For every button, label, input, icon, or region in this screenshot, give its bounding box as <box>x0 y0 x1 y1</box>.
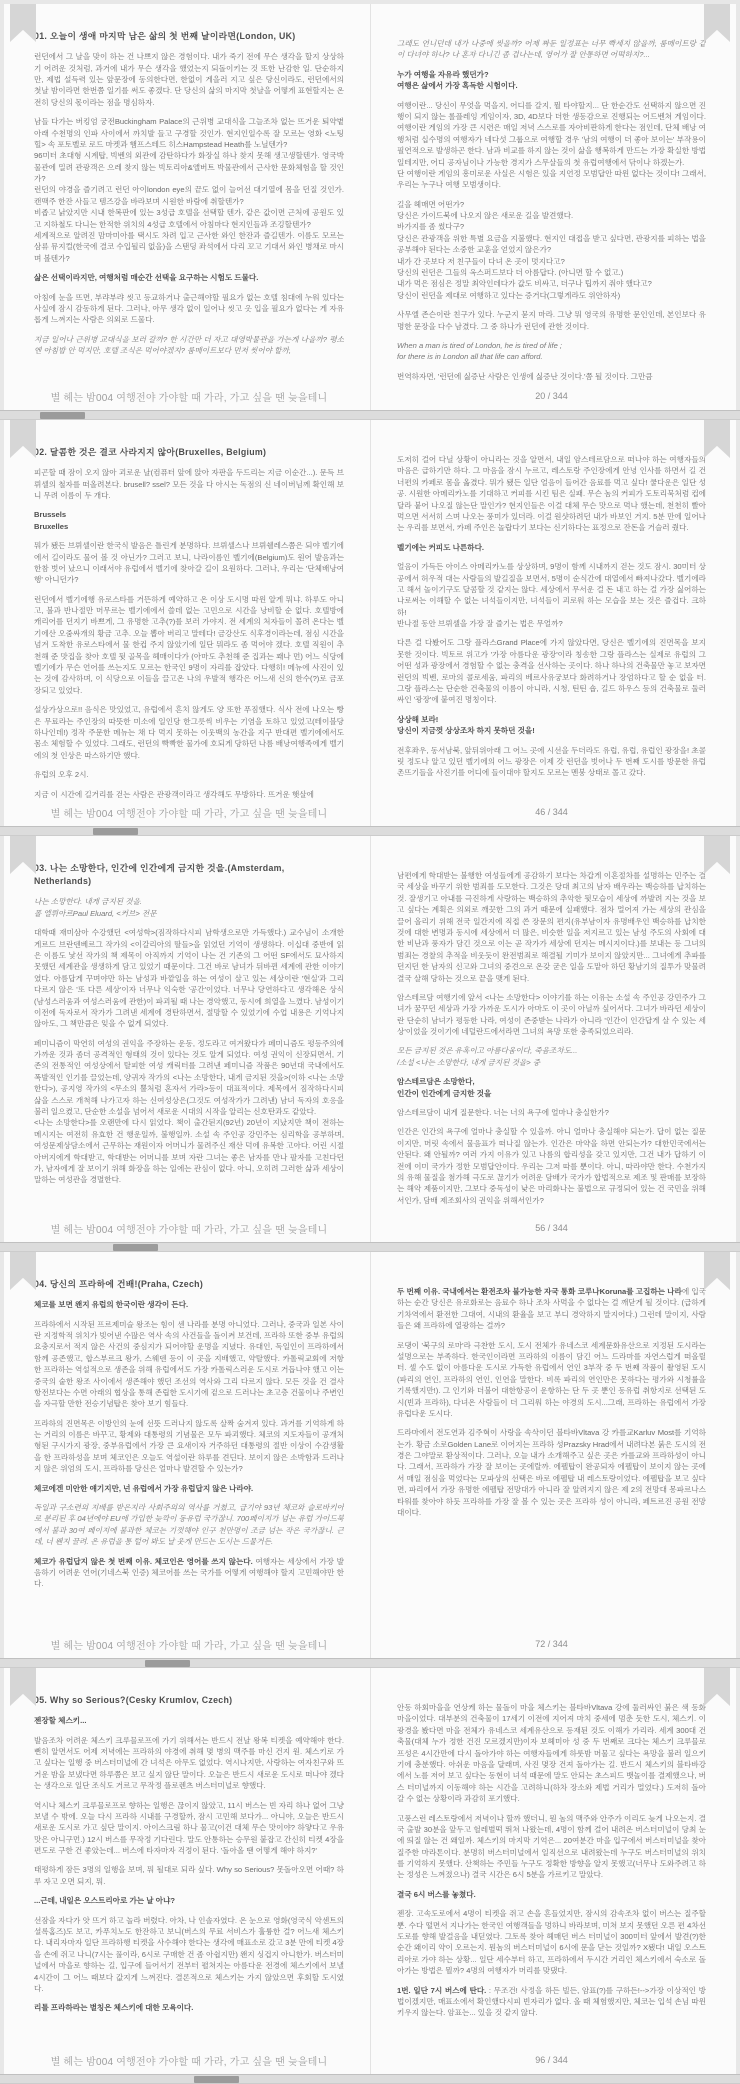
page-right: 도저히 걸어 다닐 상황이 아니라는 것을 알면서, 내일 암스테르담으로 떠나… <box>370 420 736 826</box>
paragraph: 결국 6시 버스를 놓쳤다. <box>397 1889 706 1900</box>
page-pair: 04. 당신의 프라하에 건배!(Praha, Czech)체코를 보면 왠지 … <box>4 1252 736 1658</box>
paragraph: 상상해 보라! 당신이 지금껏 상상조차 하지 못하던 것을! <box>397 714 706 737</box>
book-title-footer: 별 헤는 밤004 여행전야 가야할 때 가라, 가고 싶을 땐 늦을테니 <box>34 802 344 822</box>
paragraph: 인간은 인간의 욕구에 얼마나 충실할 수 있을까. 아니 얼마나 충실해야 되… <box>397 1126 706 1206</box>
paragraph: 역시나 체스키 크루믈로프로 향하는 일행은 끊이지 않았고, 11시 버스는 … <box>34 1800 344 1857</box>
paragraph: 남들 다가는 버킹엄 궁전Buckingham Palace의 근위병 교대식을… <box>34 116 344 150</box>
progress-scrollbar-thumb[interactable] <box>194 2076 239 2083</box>
paragraph: 페미니즘이 막연히 여성의 권익을 주장하는 운동, 정도라고 여겨왔다가 페미… <box>34 1038 344 1186</box>
paragraph: 유럽의 오후 2시. <box>34 769 344 780</box>
paragraph: 뭐가 됐든 브뤼셀이란 한국식 발음은 틀린게 분명하다. 브뤼셀스나 브뤼쉘레… <box>34 540 344 586</box>
paragraph: 런던의 야경을 즐기려고 런던 아이london eye의 끝도 없이 늘어선 … <box>34 184 344 207</box>
page-text-column: 01. 오늘이 생애 마지막 남은 삶의 첫 번째 날이라면(London, U… <box>34 30 344 386</box>
book-title-text: 별 헤는 밤004 여행전야 가야할 때 가라, 가고 싶을 땐 늦을테니 <box>51 1221 328 1236</box>
paragraph: 세계적으로 알려진 맘마미아를 택시도 차려 입고 근사한 와인 한잔과 즐길텐… <box>34 230 344 264</box>
page-text-column: 03. 나는 소망한다, 인간에 인간에게 금지한 것을.(Amsterdam,… <box>34 862 344 1218</box>
paragraph: 비좁고 낡았지만 시내 한복판에 있는 3성급 호텔을 선택할 텐가, 같은 값… <box>34 207 344 230</box>
page-right: 두 번째 이유. 국내에서는 환전조차 불가능한 자국 통화 코루나Koruna… <box>370 1252 736 1658</box>
section-heading: 02. 달콤한 것은 결코 사라지지 않아(Bruxelles, Belgium… <box>34 446 344 459</box>
progress-scrollbar-track[interactable] <box>0 410 740 420</box>
paragraph: 체코를 보면 왠지 유럽의 한국이란 생각이 든다. <box>34 1299 344 1310</box>
page-spread: 01. 오늘이 생애 마지막 남은 삶의 첫 번째 날이라면(London, U… <box>0 4 740 420</box>
page-number: 46 / 344 <box>397 802 706 822</box>
paragraph: 도저히 걸어 다닐 상황이 아니라는 것을 알면서, 내일 암스테르담으로 떠나… <box>397 454 706 534</box>
paragraph: 두 번째 이유. 국내에서는 환전조차 불가능한 자국 통화 코루나Koruna… <box>397 1286 706 1332</box>
page-spread: 03. 나는 소망한다, 인간에 인간에게 금지한 것을.(Amsterdam,… <box>0 836 740 1252</box>
paragraph: 1번. 일단 7시 버스에 탄다. : 무조건! 사정을 하든 빌든, 암표(?… <box>397 1985 706 2019</box>
paragraph: 누가 여행을 자유라 했던가? 여행은 삶에서 가장 혹독한 시험이다. <box>397 69 706 92</box>
quote-paragraph: 나는 소망한다. 내게 금지된 것을. 폴 엘뤼아르Paul Eluard, <… <box>34 896 344 919</box>
paragraph: 96미터 초대형 시계탑, 빅벤의 외관에 감탄하다가 화장실 하나 찾지 못해… <box>34 150 344 184</box>
paragraph: 암스테르담 여행기에 앞서 <나는 소망한다> 이야기를 하는 이유는 소설 속… <box>397 992 706 1038</box>
page-left: 04. 당신의 프라하에 건배!(Praha, Czech)체코를 보면 왠지 … <box>4 1252 370 1658</box>
page-number-text: 72 / 344 <box>535 1639 568 1649</box>
paragraph: 젠장할 체스키... <box>34 1715 344 1726</box>
page-pair: 01. 오늘이 생애 마지막 남은 삶의 첫 번째 날이라면(London, U… <box>4 4 736 410</box>
quote-paragraph: 독일과 구소련의 지배를 받은지라 사회주의의 역사를 거쳤고, 급기야 93년… <box>34 1502 344 1548</box>
quote-paragraph: 지금 일어나 근위병 교대식을 보러 갈까? 한 시간만 더 자고 대영박물관을… <box>34 334 344 357</box>
progress-scrollbar-thumb[interactable] <box>113 1244 158 1251</box>
paragraph: Brussels Bruxelles <box>34 509 344 532</box>
page-text-column: 그래도 언니던데 내가 나중에 씻을까? 어제 짜둔 일정표는 너무 빡세지 않… <box>397 30 706 386</box>
paragraph: 번역하자면, '런던에 싫증난 사람은 인생에 싫증난 것이다.'쯤 될 것이다… <box>397 371 706 382</box>
paragraph: 프라하의 진면목은 이방인의 눈에 선뜻 드러나지 않도록 살짝 숨겨져 있다.… <box>34 1418 344 1475</box>
page-text-column: 남편에게 학대받는 불행한 여성들에게 공감하기 보다는 차갑게 이혼절차를 설… <box>397 862 706 1218</box>
page-left: 01. 오늘이 생애 마지막 남은 삶의 첫 번째 날이라면(London, U… <box>4 4 370 410</box>
progress-scrollbar-track[interactable] <box>0 1242 740 1252</box>
page-spread: 02. 달콤한 것은 결코 사라지지 않아(Bruxelles, Belgium… <box>0 420 740 836</box>
paragraph: 사무엘 존슨이란 친구가 있다. 누군지 묻지 마라. 그냥 뭐 영국의 유명한… <box>397 309 706 332</box>
paragraph: 리틀 프라하라는 별칭은 체스키에 대한 모욕이다. <box>34 2002 344 2013</box>
progress-scrollbar-thumb[interactable] <box>145 1660 190 1667</box>
paragraph: 대학때 재미삼아 수강했던 <여성학>(짐작하다시피 남학생으로만 가득했다.)… <box>34 927 344 1030</box>
section-heading: 05. Why so Serious?(Cesky Krumlov, Czech… <box>34 1694 344 1707</box>
progress-scrollbar-track[interactable] <box>0 826 740 836</box>
paragraph: 태평하게 잠든 3명의 일행을 보며, 뭐 될대로 되라 싶다. Why so … <box>34 1864 344 1887</box>
paragraph: 피곤할 때 잠이 오지 않아 괴로운 날(컴퓨터 앞에 앉아 자판을 두드리는 … <box>34 467 344 501</box>
page-text-column: 두 번째 이유. 국내에서는 환전조차 불가능한 자국 통화 코루나Koruna… <box>397 1278 706 1634</box>
quote-paragraph: 그래도 언니던데 내가 나중에 씻을까? 어제 짜둔 일정표는 너무 빡세지 않… <box>397 38 706 61</box>
paragraph: 지금 이 시간에 길거리를 걷는 사람은 관광객이라고 생각해도 무방하다. 뜨… <box>34 789 344 800</box>
quote-paragraph: When a man is tired of London, he is tir… <box>397 340 706 363</box>
paragraph: 선잠을 자다가 앗 뜨거 하고 놀라 버렸다. 아차, 나 인솔자였다. 온 눈… <box>34 1915 344 1995</box>
paragraph: 런던에서 벨기에행 유로스타를 거뜬하게 예약하고 온 이상 도시명 따윈 알게… <box>34 594 344 697</box>
paragraph: 로댕이 '북구의 로마'라 극찬한 도시, 도시 전체가 유네스코 세계문화유산… <box>397 1340 706 1420</box>
page-number-text: 20 / 344 <box>535 391 568 401</box>
progress-scrollbar-track[interactable] <box>0 1658 740 1668</box>
page-pair: 02. 달콤한 것은 결코 사라지지 않아(Bruxelles, Belgium… <box>4 420 736 826</box>
paragraph: 드라마에서 전도연과 김주혁이 사랑을 속삭이던 블타바Vltava 강 카를교… <box>397 1427 706 1518</box>
paragraph: 런던에서 그 날을 맞이 하는 건 나쁘지 않은 경험이다. 내가 죽기 전에 … <box>34 51 344 108</box>
page-number: 56 / 344 <box>397 1218 706 1238</box>
page-left: 03. 나는 소망한다, 인간에 인간에게 금지한 것을.(Amsterdam,… <box>4 836 370 1242</box>
paragraph: 여행이란... 당신이 무엇을 먹을지, 어디를 갈지, 뭘 타야할지... 단… <box>397 100 706 191</box>
paragraph: 길을 헤매면 어떤가? 당신은 가이드북에 나오지 않은 새로운 길을 발견했다… <box>397 199 706 302</box>
page-number-text: 46 / 344 <box>535 807 568 817</box>
paragraph: 아침에 눈을 뜨면, 부랴부랴 씻고 등교하거나 출근해야할 필요가 없는 호텔… <box>34 292 344 326</box>
page-number: 96 / 344 <box>397 2050 706 2070</box>
paragraph-bold-lead: 체코가 유럽답지 않은 첫 번째 이유. 체코인은 영어를 쓰지 않는다. <box>34 1557 253 1566</box>
paragraph: 안동 하회마을을 연상케 하는 물돌이 마을 체스키는 블타바Vltava 강에… <box>397 1702 706 1805</box>
ebook-viewer: 01. 오늘이 생애 마지막 남은 삶의 첫 번째 날이라면(London, U… <box>0 4 740 2084</box>
page-right: 그래도 언니던데 내가 나중에 씻을까? 어제 짜둔 일정표는 너무 빡세지 않… <box>370 4 736 410</box>
progress-scrollbar-thumb[interactable] <box>93 828 138 835</box>
book-title-footer: 별 헤는 밤004 여행전야 가야할 때 가라, 가고 싶을 땐 늦을테니 <box>34 1634 344 1654</box>
page-left: 05. Why so Serious?(Cesky Krumlov, Czech… <box>4 1668 370 2074</box>
paragraph: 체코가 유럽답지 않은 첫 번째 이유. 체코인은 영어를 쓰지 않는다. 여행… <box>34 1556 344 1590</box>
paragraph: 고풍스런 레스토랑에서 저녁이나 할까 했더니, 뭔 놈의 맥주와 안주가 이리… <box>397 1813 706 1881</box>
page-spread: 05. Why so Serious?(Cesky Krumlov, Czech… <box>0 1668 740 2084</box>
section-heading: 04. 당신의 프라하에 건배!(Praha, Czech) <box>34 1278 344 1291</box>
page-number-text: 56 / 344 <box>535 1223 568 1233</box>
paragraph: 전후좌우, 동서남북, 앞뒤위아래 그 어느 곳에 시선을 두더라도 유럽, 유… <box>397 745 706 779</box>
book-title-text: 별 헤는 밤004 여행전야 가야할 때 가라, 가고 싶을 땐 늦을테니 <box>51 389 328 404</box>
page-text-column: 04. 당신의 프라하에 건배!(Praha, Czech)체코를 보면 왠지 … <box>34 1278 344 1634</box>
page-right: 안동 하회마을을 연상케 하는 물돌이 마을 체스키는 블타바Vltava 강에… <box>370 1668 736 2074</box>
book-title-text: 별 헤는 밤004 여행전야 가야할 때 가라, 가고 싶을 땐 늦을테니 <box>51 2053 328 2068</box>
progress-scrollbar-track[interactable] <box>0 2074 740 2084</box>
paragraph: 체코에겐 미안한 얘기지만, 넌 유럽에서 가장 유럽답지 않은 나라야. <box>34 1483 344 1494</box>
page-pair: 05. Why so Serious?(Cesky Krumlov, Czech… <box>4 1668 736 2074</box>
paragraph: 다른 걸 다봤어도 그랑 플라스Grand Place에 가지 않았다면, 당신… <box>397 637 706 705</box>
book-title-footer: 별 헤는 밤004 여행전야 가야할 때 가라, 가고 싶을 땐 늦을테니 <box>34 386 344 406</box>
progress-scrollbar-thumb[interactable] <box>40 412 85 419</box>
page-text-column: 안동 하회마을을 연상케 하는 물돌이 마을 체스키는 블타바Vltava 강에… <box>397 1694 706 2050</box>
book-title-text: 별 헤는 밤004 여행전야 가야할 때 가라, 가고 싶을 땐 늦을테니 <box>51 1637 328 1652</box>
book-title-text: 별 헤는 밤004 여행전야 가야할 때 가라, 가고 싶을 땐 늦을테니 <box>51 805 328 820</box>
paragraph: 암스테르담이 내게 질문한다. 너는 너의 욕구에 얼마나 충실한가? <box>397 1107 706 1118</box>
quote-paragraph: 모든 금지된 것은 유혹이고 아름다움이다, 죽음조차도... /소설 <나는 … <box>397 1045 706 1068</box>
paragraph-bold-lead: 1번. 일단 7시 버스에 탄다. <box>397 1986 486 1995</box>
page-number: 72 / 344 <box>397 1634 706 1654</box>
page-spread: 04. 당신의 프라하에 건배!(Praha, Czech)체코를 보면 왠지 … <box>0 1252 740 1668</box>
page-text-column: 05. Why so Serious?(Cesky Krumlov, Czech… <box>34 1694 344 2050</box>
paragraph: 프라하에서 시작된 프르제미슬 왕조는 힘이 센 나라를 분명 아니었다. 그러… <box>34 1319 344 1410</box>
page-text-column: 도저히 걸어 다닐 상황이 아니라는 것을 알면서, 내일 암스테르담으로 떠나… <box>397 446 706 802</box>
page-left: 02. 달콤한 것은 결코 사라지지 않아(Bruxelles, Belgium… <box>4 420 370 826</box>
paragraph: 발음조차 어려운 체스키 크루믈로프에 가기 위해서는 반드시 전날 왕복 티켓… <box>34 1735 344 1792</box>
paragraph: 암스테르담은 소망한다, 인간이 인간에게 금지한 것을 <box>397 1076 706 1099</box>
paragraph: 얼음이 가득든 아이스 아메리카노를 상상하며, 9명이 함께 시내까지 걷는 … <box>397 561 706 629</box>
paragraph-bold-lead: 두 번째 이유. 국내에서는 환전조차 불가능한 자국 통화 코루나Koruna… <box>397 1287 682 1296</box>
page-right: 남편에게 학대받는 불행한 여성들에게 공감하기 보다는 차갑게 이혼절차를 설… <box>370 836 736 1242</box>
paragraph: 남편에게 학대받는 불행한 여성들에게 공감하기 보다는 차갑게 이혼절차를 설… <box>397 870 706 984</box>
paragraph: 젠장. 고속도로에서 4명이 티켓을 쥐고 손을 흔들었지만, 잠시의 감속조차… <box>397 1908 706 1976</box>
page-text-column: 02. 달콤한 것은 결코 사라지지 않아(Bruxelles, Belgium… <box>34 446 344 802</box>
book-title-footer: 별 헤는 밤004 여행전야 가야할 때 가라, 가고 싶을 땐 늦을테니 <box>34 1218 344 1238</box>
paragraph: ...근데, 내일은 오스트리아로 가는 날 아냐? <box>34 1895 344 1906</box>
book-title-footer: 별 헤는 밤004 여행전야 가야할 때 가라, 가고 싶을 땐 늦을테니 <box>34 2050 344 2070</box>
paragraph: 벨기에는 커피도 나른하다. <box>397 542 706 553</box>
section-heading: 01. 오늘이 생애 마지막 남은 삶의 첫 번째 날이라면(London, U… <box>34 30 344 43</box>
page-number-text: 96 / 344 <box>535 2055 568 2065</box>
page-number: 20 / 344 <box>397 386 706 406</box>
paragraph: 삶은 선택이라지만, 여행처럼 매순간 선택을 요구하는 시험도 드물다. <box>34 272 344 283</box>
paragraph: 설상가상으로!! 음식은 맛있었고, 유럽에서 흔치 않게도 양 또한 푸짐했다… <box>34 704 344 761</box>
section-heading: 03. 나는 소망한다, 인간에 인간에게 금지한 것을.(Amsterdam,… <box>34 862 344 888</box>
page-pair: 03. 나는 소망한다, 인간에 인간에게 금지한 것을.(Amsterdam,… <box>4 836 736 1242</box>
